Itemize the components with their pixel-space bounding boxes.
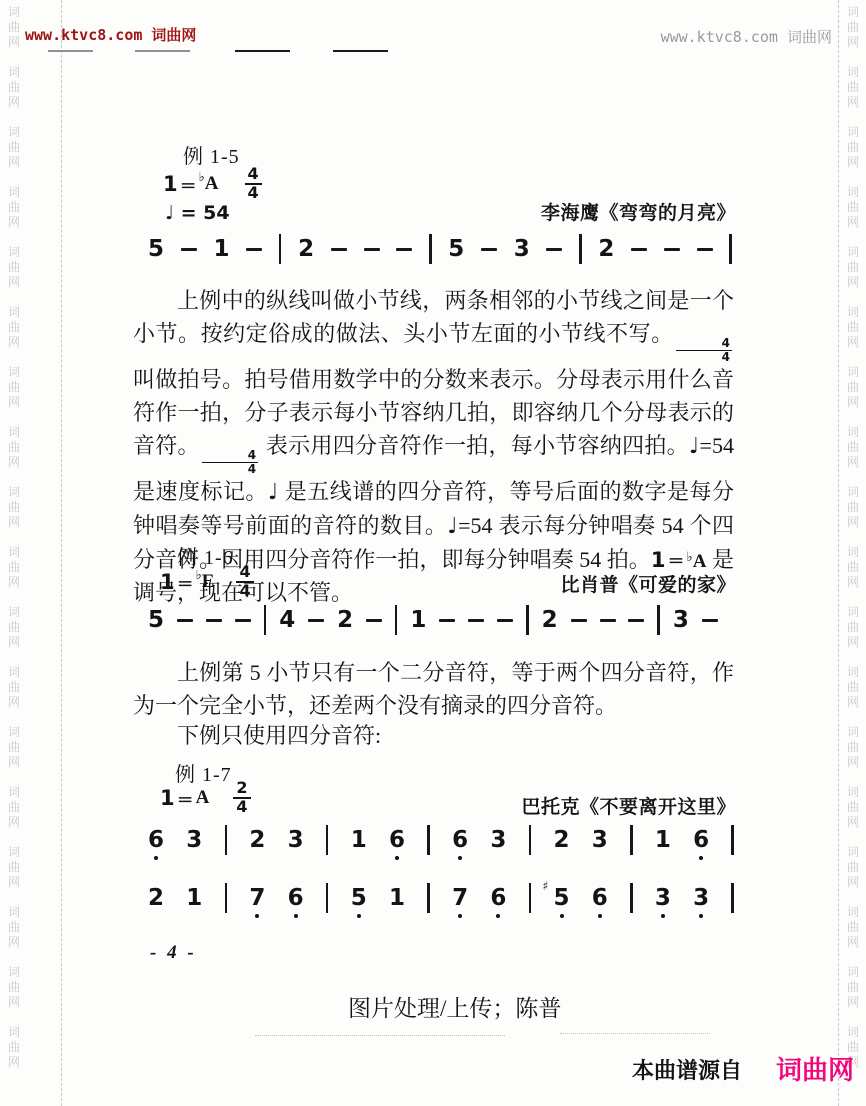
time-signature-1-6: 4 4: [236, 564, 253, 600]
top-left-site-watermark: www.ktvc8.com 词曲网: [25, 24, 196, 45]
note-digit: 2: [542, 609, 558, 632]
side-watermark-char: 曲: [845, 800, 861, 815]
barline: [326, 825, 329, 855]
side-watermark-char: 曲: [6, 260, 22, 275]
side-watermark-char: 网: [845, 755, 861, 770]
key-tonic: 1: [160, 570, 175, 594]
key-tonic: 1: [163, 172, 178, 196]
duration-dash: [331, 248, 347, 251]
side-watermark-char: 曲: [845, 260, 861, 275]
side-watermark-char: 网: [845, 275, 861, 290]
duration-dash: [177, 619, 193, 622]
side-watermark-char: 词: [6, 785, 22, 800]
key-letter: A: [196, 787, 210, 809]
side-watermark-char: 曲: [6, 80, 22, 95]
barline: [529, 825, 532, 855]
note-digit: 5♯: [554, 887, 570, 910]
side-watermark-char: 网: [6, 95, 22, 110]
side-watermark-char: 词: [845, 1025, 861, 1040]
duration-dash: [366, 619, 382, 622]
side-watermark-char: 词: [845, 485, 861, 500]
side-watermark-char: 网: [6, 275, 22, 290]
key-letter: A: [205, 173, 219, 195]
side-watermark-char: 曲: [6, 500, 22, 515]
quarter-note-icon: ♩: [268, 480, 279, 505]
body-paragraph-2: 上例第 5 小节只有一个二分音符，等于两个四分音符，作为一个完全小节，还差两个没…: [133, 656, 734, 722]
side-watermark-char: 词: [6, 245, 22, 260]
low-octave-dot: [699, 914, 703, 918]
side-watermark-char: 词: [6, 725, 22, 740]
music-line: 512532: [148, 231, 732, 267]
note-digit: 3: [490, 829, 506, 852]
side-watermark-char: 网: [845, 995, 861, 1010]
side-watermark-char: 曲: [6, 200, 22, 215]
side-watermark-char: 词: [6, 365, 22, 380]
duration-dash: [664, 248, 680, 251]
side-watermark-char: 词: [845, 605, 861, 620]
duration-dash: [206, 619, 222, 622]
side-watermark-char: 网: [845, 695, 861, 710]
note-digit: 5: [448, 238, 464, 261]
side-watermark-char: 词: [845, 905, 861, 920]
side-watermark-char: 曲: [6, 680, 22, 695]
note-digit: 3: [693, 887, 709, 910]
side-watermark-char: 词: [845, 305, 861, 320]
note-digit: 6: [592, 887, 608, 910]
low-octave-dot: [598, 914, 602, 918]
duration-dash: [439, 619, 455, 622]
low-octave-dot: [458, 914, 462, 918]
music-line: 632316632316: [148, 822, 734, 858]
side-watermark-char: 词: [6, 485, 22, 500]
side-watermark-char: 曲: [845, 980, 861, 995]
side-watermark-char: 曲: [845, 620, 861, 635]
side-watermark-char: 网: [6, 215, 22, 230]
scan-noise-line: [560, 1033, 710, 1034]
barline: [731, 825, 734, 855]
low-octave-dot: [294, 914, 298, 918]
note-digit: 2: [554, 829, 570, 852]
side-watermark-char: 词: [6, 605, 22, 620]
side-watermark-char: 曲: [845, 680, 861, 695]
note-digit: 6: [693, 829, 709, 852]
barline: [526, 605, 529, 635]
time-denominator: 4: [245, 185, 262, 202]
note-digit: 3: [186, 829, 202, 852]
key-signature-1-7: 1 ＝ A 2 4: [160, 780, 251, 816]
tempo-marking: ♩ = 54: [165, 202, 230, 224]
note-digit: 3: [288, 829, 304, 852]
side-watermark-char: 网: [6, 695, 22, 710]
side-watermark-char: 曲: [6, 140, 22, 155]
side-watermark-char: 曲: [6, 800, 22, 815]
side-watermark-char: 曲: [845, 380, 861, 395]
note-digit: 7: [249, 887, 265, 910]
barline: [729, 234, 732, 264]
key-tonic: 1: [160, 786, 175, 810]
key-signature-1-5: 1 ＝ ♭ A 4 4: [163, 166, 262, 202]
side-watermark-char: 曲: [845, 200, 861, 215]
side-watermark-char: 词: [6, 425, 22, 440]
side-watermark-char: 词: [6, 545, 22, 560]
inline-time-signature: 44: [676, 337, 732, 363]
key-equals: ＝: [177, 570, 194, 595]
flat-icon: ♭: [199, 170, 205, 185]
duration-dash: [600, 619, 616, 622]
low-octave-dot: [560, 914, 564, 918]
side-watermark-char: 曲: [6, 920, 22, 935]
side-watermark-char: 网: [6, 155, 22, 170]
inline-time-signature: 44: [202, 449, 258, 475]
side-watermark-char: 词: [6, 845, 22, 860]
duration-dash: [246, 248, 262, 251]
key-signature-1-6: 1 ＝ ♭ E 4 4: [160, 564, 254, 600]
note-digit: 5: [148, 238, 164, 261]
low-octave-dot: [395, 856, 399, 860]
side-watermark-char: 网: [845, 575, 861, 590]
side-watermark-char: 网: [6, 455, 22, 470]
side-watermark-char: 网: [6, 755, 22, 770]
inline-key-signature: 1＝♭A: [651, 547, 707, 572]
side-watermark-char: 曲: [845, 440, 861, 455]
duration-dash: [628, 619, 644, 622]
side-watermark-char: 网: [6, 35, 22, 50]
side-watermark-char: 词: [6, 305, 22, 320]
music-line: 542123: [148, 602, 718, 638]
side-watermark-char: 曲: [845, 920, 861, 935]
key-letter: E: [202, 571, 215, 593]
side-watermark-char: 词: [845, 125, 861, 140]
duration-dash: [571, 619, 587, 622]
side-watermark-char: 词: [845, 845, 861, 860]
duration-dash: [546, 248, 562, 251]
barline: [529, 883, 532, 913]
song-credit-1-7: 巴托克《不要离开这里》: [521, 792, 736, 819]
side-watermark-char: 网: [845, 35, 861, 50]
side-watermark-char: 网: [6, 995, 22, 1010]
barline: [630, 883, 633, 913]
side-watermark-char: 曲: [6, 320, 22, 335]
flat-icon: ♭: [196, 568, 202, 583]
side-watermark-char: 网: [845, 335, 861, 350]
rule-line: [333, 50, 388, 52]
note-digit: 3: [673, 609, 689, 632]
side-watermark-char: 曲: [845, 860, 861, 875]
side-watermark-char: 词: [845, 425, 861, 440]
side-watermark-char: 曲: [845, 560, 861, 575]
side-watermark-char: 网: [845, 215, 861, 230]
note-digit: 6: [490, 887, 506, 910]
side-watermark-char: 曲: [845, 500, 861, 515]
body-paragraph-3: 下例只使用四分音符:: [133, 719, 734, 752]
note-digit: 2: [148, 887, 164, 910]
music-line: 217651765♯633: [148, 880, 734, 916]
note-digit: 3: [592, 829, 608, 852]
duration-dash: [631, 248, 647, 251]
note-digit: 1: [213, 238, 229, 261]
scan-noise-line: [255, 1035, 505, 1036]
low-octave-dot: [357, 914, 361, 918]
barline: [225, 883, 228, 913]
duration-dash: [235, 619, 251, 622]
side-watermark-char: 网: [845, 815, 861, 830]
sharp-icon: ♯: [543, 880, 549, 892]
note-digit: 4: [279, 609, 295, 632]
time-signature-1-7: 2 4: [233, 780, 250, 816]
duration-dash: [702, 619, 718, 622]
note-digit: 2: [298, 238, 314, 261]
time-denominator: 4: [236, 583, 253, 600]
barline: [427, 883, 430, 913]
barline: [264, 605, 267, 635]
duration-dash: [364, 248, 380, 251]
note-digit: 1: [351, 829, 367, 852]
low-octave-dot: [458, 856, 462, 860]
note-digit: 6: [452, 829, 468, 852]
rule-line: [135, 50, 190, 52]
quarter-note-icon: ♩: [689, 434, 700, 459]
note-digit: 7: [452, 887, 468, 910]
side-watermark-char: 曲: [6, 560, 22, 575]
quarter-note-icon: ♩: [447, 514, 458, 539]
note-digit: 3: [514, 238, 530, 261]
duration-dash: [396, 248, 412, 251]
side-watermark-char: 词: [6, 665, 22, 680]
barline: [579, 234, 582, 264]
note-digit: 1: [389, 887, 405, 910]
barline: [657, 605, 660, 635]
low-octave-dot: [496, 914, 500, 918]
side-watermark-char: 曲: [845, 320, 861, 335]
side-watermark-char: 曲: [6, 20, 22, 35]
barline: [225, 825, 228, 855]
side-watermark-char: 曲: [6, 740, 22, 755]
note-digit: 2: [337, 609, 353, 632]
note-digit: 1: [410, 609, 426, 632]
song-credit-1-5: 李海鹰《弯弯的月亮》: [541, 198, 736, 225]
side-watermark-char: 词: [845, 785, 861, 800]
side-watermark-char: 网: [6, 935, 22, 950]
right-margin-dashed-line: [838, 0, 839, 1106]
duration-dash: [181, 248, 197, 251]
song-credit-1-6: 比肖普《可爱的家》: [560, 570, 736, 597]
low-octave-dot: [154, 856, 158, 860]
barline: [395, 605, 398, 635]
side-watermark-char: 网: [6, 635, 22, 650]
duration-dash: [697, 248, 713, 251]
side-watermark-char: 词: [845, 365, 861, 380]
side-watermark-char: 网: [845, 395, 861, 410]
low-octave-dot: [699, 856, 703, 860]
duration-dash: [468, 619, 484, 622]
note-digit: 6: [148, 829, 164, 852]
note-digit: 3: [655, 887, 671, 910]
side-watermark-char: 网: [6, 1055, 22, 1070]
barline: [326, 883, 329, 913]
side-watermark-char: 词: [6, 125, 22, 140]
duration-dash: [497, 619, 513, 622]
note-digit: 6: [288, 887, 304, 910]
side-watermark-char: 网: [6, 515, 22, 530]
note-digit: 2: [249, 829, 265, 852]
side-watermark-char: 网: [845, 875, 861, 890]
side-watermark-char: 曲: [6, 860, 22, 875]
right-watermark-column: 词曲网词曲网词曲网词曲网词曲网词曲网词曲网词曲网词曲网词曲网词曲网词曲网词曲网词…: [845, 5, 861, 1085]
note-digit: 5: [148, 609, 164, 632]
side-watermark-char: 词: [845, 725, 861, 740]
side-watermark-char: 词: [6, 965, 22, 980]
key-equals: ＝: [180, 172, 197, 197]
top-right-site-watermark: www.ktvc8.com 词曲网: [661, 26, 832, 47]
side-watermark-char: 网: [845, 455, 861, 470]
note-digit: 1: [655, 829, 671, 852]
side-watermark-char: 网: [845, 935, 861, 950]
side-watermark-char: 网: [6, 575, 22, 590]
side-watermark-char: 词: [845, 545, 861, 560]
side-watermark-char: 曲: [6, 440, 22, 455]
side-watermark-char: 词: [6, 65, 22, 80]
barline: [279, 234, 282, 264]
footer-source-label: 本曲谱源自: [632, 1054, 742, 1085]
side-watermark-char: 词: [845, 65, 861, 80]
scanned-sheet-page: 词曲网词曲网词曲网词曲网词曲网词曲网词曲网词曲网词曲网词曲网词曲网词曲网词曲网词…: [0, 0, 866, 1106]
example-label-1-5: 例 1-5: [183, 140, 240, 169]
upload-credit: 图片处理/上传；陈普: [348, 990, 561, 1023]
side-watermark-char: 网: [6, 875, 22, 890]
side-watermark-char: 词: [6, 1025, 22, 1040]
side-watermark-char: 词: [6, 5, 22, 20]
side-watermark-char: 曲: [6, 980, 22, 995]
side-watermark-char: 词: [845, 665, 861, 680]
side-watermark-char: 曲: [845, 740, 861, 755]
side-watermark-char: 网: [845, 515, 861, 530]
side-watermark-char: 曲: [845, 20, 861, 35]
barline: [427, 825, 430, 855]
note-digit: 1: [186, 887, 202, 910]
low-octave-dot: [255, 914, 259, 918]
note-digit: 6: [389, 829, 405, 852]
side-watermark-char: 曲: [845, 80, 861, 95]
barline: [630, 825, 633, 855]
side-watermark-char: 词: [845, 245, 861, 260]
side-watermark-char: 词: [6, 905, 22, 920]
side-watermark-char: 词: [845, 5, 861, 20]
left-watermark-column: 词曲网词曲网词曲网词曲网词曲网词曲网词曲网词曲网词曲网词曲网词曲网词曲网词曲网词…: [6, 5, 22, 1085]
side-watermark-char: 网: [6, 815, 22, 830]
time-denominator: 4: [233, 799, 250, 816]
side-watermark-char: 网: [845, 635, 861, 650]
side-watermark-char: 网: [6, 335, 22, 350]
side-watermark-char: 网: [6, 395, 22, 410]
side-watermark-char: 网: [845, 155, 861, 170]
rule-line: [235, 50, 290, 52]
page-number: - 4 -: [150, 942, 197, 964]
footer-brand: 词曲网: [776, 1050, 854, 1087]
barline: [429, 234, 432, 264]
side-watermark-char: 曲: [6, 620, 22, 635]
rule-line: [48, 50, 93, 52]
key-equals: ＝: [177, 786, 194, 811]
side-watermark-char: 词: [845, 965, 861, 980]
side-watermark-char: 曲: [845, 140, 861, 155]
duration-dash: [481, 248, 497, 251]
note-digit: 2: [598, 238, 614, 261]
side-watermark-char: 词: [6, 185, 22, 200]
low-octave-dot: [661, 914, 665, 918]
barline: [731, 883, 734, 913]
side-watermark-char: 词: [845, 185, 861, 200]
side-watermark-char: 曲: [6, 1040, 22, 1055]
duration-dash: [308, 619, 324, 622]
side-watermark-char: 网: [845, 95, 861, 110]
time-signature-1-5: 4 4: [245, 166, 262, 202]
note-digit: 5: [351, 887, 367, 910]
side-watermark-char: 曲: [6, 380, 22, 395]
left-margin-dashed-line: [61, 0, 62, 1106]
